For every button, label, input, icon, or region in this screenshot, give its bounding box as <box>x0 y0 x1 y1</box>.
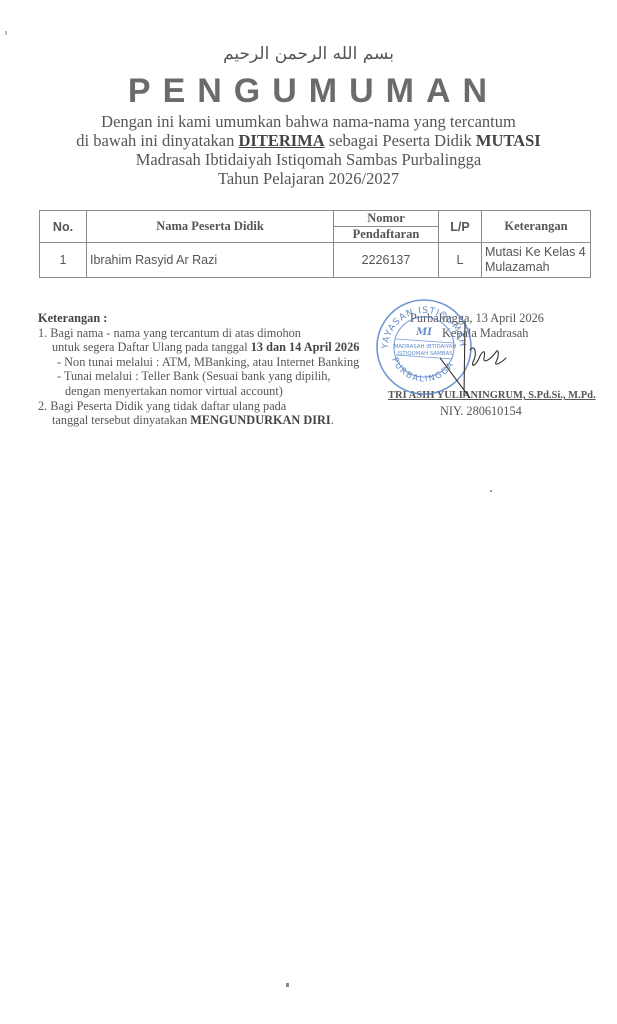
note-2-line-2: tanggal tersebut dinyatakan MENGUNDURKAN… <box>38 413 368 428</box>
withdrawal-status: MENGUNDURKAN DIRI <box>190 413 330 427</box>
intro-line-2: di bawah ini dinyatakan DITERIMA sebagai… <box>0 131 617 150</box>
note-1-sub-1: - Non tunai melalui : ATM, MBanking, ata… <box>38 355 368 370</box>
note-1-sub-2: - Tunai melalui : Teller Bank (Sesuai ba… <box>38 369 368 384</box>
scan-speck <box>286 983 289 987</box>
student-type: MUTASI <box>476 131 541 150</box>
cell-keterangan: Mutasi Ke Kelas 4Mulazamah <box>482 243 591 278</box>
header-no: No. <box>40 211 87 243</box>
scan-speck <box>5 31 7 35</box>
signer-niy: NIY. 280610154 <box>440 404 522 419</box>
header-nomor-top: Nomor <box>334 211 439 227</box>
basmalah-heading: بسم الله الرحمن الرحيم <box>0 44 617 64</box>
notes-section: Keterangan : 1. Bagi nama - nama yang te… <box>38 311 368 428</box>
header-lp: L/P <box>439 211 482 243</box>
handwritten-signature-icon <box>440 318 530 398</box>
note-1-line-1: 1. Bagi nama - nama yang tercantum di at… <box>38 326 368 341</box>
header-nomor-bottom: Pendaftaran <box>334 227 439 243</box>
table-row: 1 Ibrahim Rasyid Ar Razi 2226137 L Mutas… <box>40 243 591 278</box>
cell-nomor: 2226137 <box>334 243 439 278</box>
note-2-line-1: 2. Bagi Peserta Didik yang tidak daftar … <box>38 399 368 414</box>
accepted-students-table: No. Nama Peserta Didik Nomor L/P Keteran… <box>39 210 591 278</box>
reregistration-dates: 13 dan 14 April 2026 <box>251 340 360 354</box>
stamp-center-label: MI <box>415 327 432 338</box>
header-name: Nama Peserta Didik <box>87 211 334 243</box>
acceptance-status: DITERIMA <box>239 131 325 150</box>
note-1-line-2: untuk segera Daftar Ulang pada tanggal 1… <box>38 340 368 355</box>
header-keterangan: Keterangan <box>482 211 591 243</box>
cell-lp: L <box>439 243 482 278</box>
intro-line-1: Dengan ini kami umumkan bahwa nama-nama … <box>0 112 617 131</box>
cell-no: 1 <box>40 243 87 278</box>
announcement-intro: Dengan ini kami umumkan bahwa nama-nama … <box>0 112 617 188</box>
intro-line-4: Tahun Pelajaran 2026/2027 <box>0 169 617 188</box>
note-1-sub-2-cont: dengan menyertakan nomor virtual account… <box>38 384 368 399</box>
notes-heading: Keterangan : <box>38 311 368 326</box>
intro-line-3: Madrasah Ibtidaiyah Istiqomah Sambas Pur… <box>0 150 617 169</box>
cell-name: Ibrahim Rasyid Ar Razi <box>87 243 334 278</box>
page-title: PENGUMUMAN <box>0 72 617 111</box>
scan-speck <box>490 490 492 492</box>
